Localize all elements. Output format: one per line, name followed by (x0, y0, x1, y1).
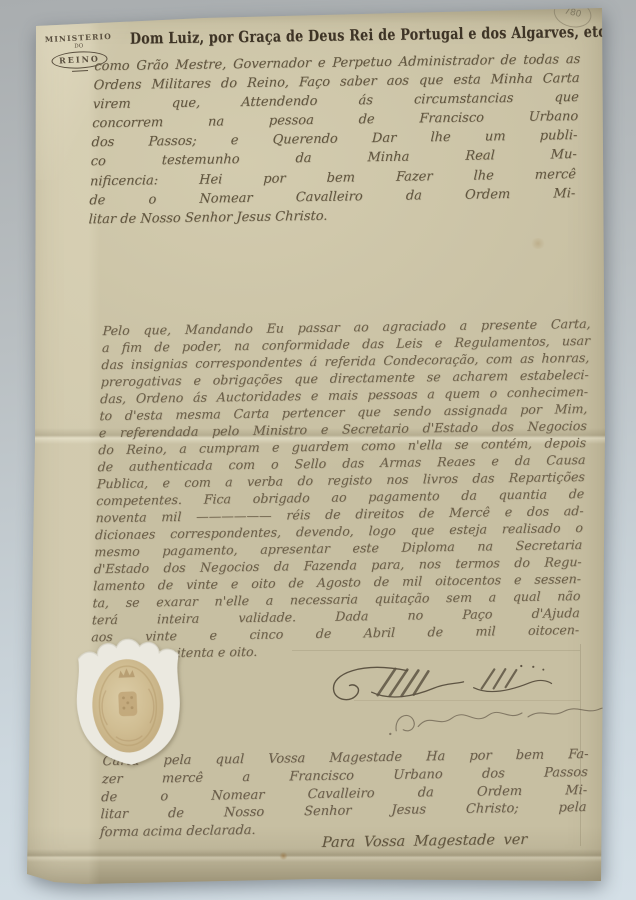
body-paragraph: Pelo que, Mandando Eu passar ao agraciad… (90, 315, 591, 662)
document-sheet: MINISTERIO DO REINO 780 Dom Luiz, por Gr… (24, 4, 608, 888)
stamp-flourish (72, 70, 88, 72)
minister-signature (386, 699, 625, 743)
document-sheet-wrapper: MINISTERIO DO REINO 780 Dom Luiz, por Gr… (24, 4, 608, 888)
photograph-of-royal-charter: MINISTERIO DO REINO 780 Dom Luiz, por Gr… (0, 0, 636, 900)
preamble-paragraph: como Grão Mestre, Governador e Perpetuo … (88, 50, 580, 229)
document-content: MINISTERIO DO REINO 780 Dom Luiz, por Gr… (17, 0, 614, 892)
royal-arms-paper-seal (63, 636, 190, 771)
royal-blackletter-heading: Dom Luiz, por Graça de Deus Rei de Portu… (130, 23, 516, 48)
closing-formula: Para Vossa Magestade ver (322, 831, 593, 851)
